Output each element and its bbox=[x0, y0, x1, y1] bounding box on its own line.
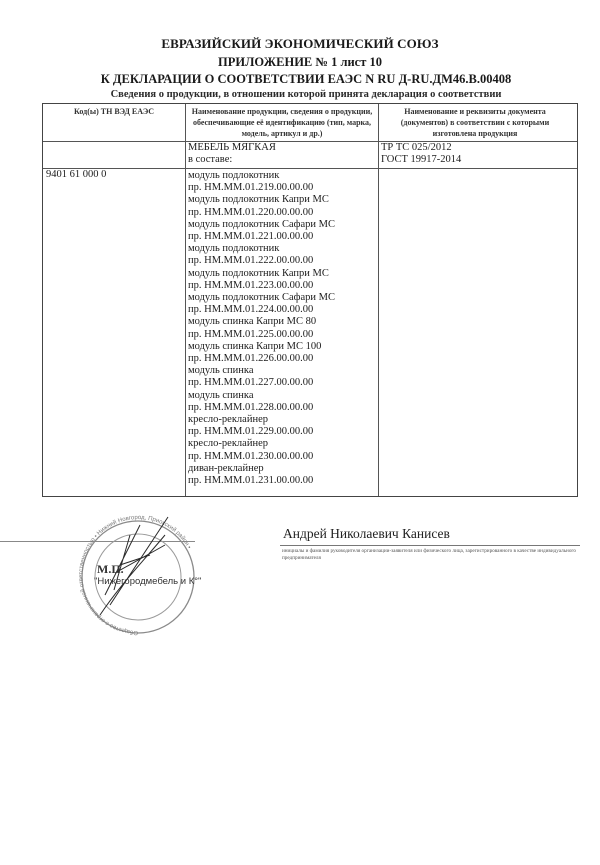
cell-line: модуль спинка Капри МС 100 bbox=[188, 341, 376, 353]
declaration-title: К ДЕКЛАРАЦИИ О СООТВЕТСТВИИ ЕАЭС N RU Д-… bbox=[6, 72, 600, 87]
product-cell: модуль подлокотникпр. НМ.ММ.01.219.00.00… bbox=[188, 170, 376, 487]
cell-line: модуль спинка Капри МС 80 bbox=[188, 316, 376, 328]
cell-line: пр. НМ.ММ.01.231.00.00.00 bbox=[188, 475, 376, 487]
product-table: Код(ы) ТН ВЭД ЕАЭС Наименование продукци… bbox=[42, 103, 578, 497]
cell-line: пр. НМ.ММ.01.225.00.00.00 bbox=[188, 329, 376, 341]
column-header-documents: Наименование и реквизиты документа (доку… bbox=[395, 104, 555, 139]
cell-line: модуль спинка bbox=[188, 365, 376, 377]
cell-line: диван-реклайнер bbox=[188, 463, 376, 475]
product-cell: МЕБЕЛЬ МЯГКАЯв составе: bbox=[188, 142, 376, 166]
column-divider bbox=[185, 104, 186, 496]
stamp-mp: М.П. bbox=[97, 562, 124, 577]
cell-line: кресло-реклайнер bbox=[188, 438, 376, 450]
documents-cell: ТР ТС 025/2012ГОСТ 19917-2014 bbox=[381, 142, 571, 166]
signer-name: Андрей Николаевич Канисев bbox=[283, 526, 450, 542]
cell-line: пр. НМ.ММ.01.224.00.00.00 bbox=[188, 304, 376, 316]
cell-line: модуль подлокотник Сафари МС bbox=[188, 219, 376, 231]
tnved-code: 9401 61 000 0 bbox=[46, 169, 184, 181]
cell-line: пр. НМ.ММ.01.221.00.00.00 bbox=[188, 231, 376, 243]
cell-line: пр. НМ.ММ.01.222.00.00.00 bbox=[188, 255, 376, 267]
cell-line: МЕБЕЛЬ МЯГКАЯ bbox=[188, 142, 376, 154]
cell-line: пр. НМ.ММ.01.227.00.00.00 bbox=[188, 377, 376, 389]
cell-line: пр. НМ.ММ.01.223.00.00.00 bbox=[188, 280, 376, 292]
cell-line: в составе: bbox=[188, 154, 376, 166]
cell-line: пр. НМ.ММ.01.220.00.00.00 bbox=[188, 207, 376, 219]
cell-line: модуль подлокотник bbox=[188, 170, 376, 182]
appendix-title: ПРИЛОЖЕНИЕ № 1 лист 10 bbox=[0, 55, 600, 70]
union-title: ЕВРАЗИЙСКИЙ ЭКОНОМИЧЕСКИЙ СОЮЗ bbox=[0, 36, 600, 52]
cell-line: модуль подлокотник bbox=[188, 243, 376, 255]
cell-line: пр. НМ.ММ.01.219.00.00.00 bbox=[188, 182, 376, 194]
cell-line: модуль спинка bbox=[188, 390, 376, 402]
signature-line bbox=[280, 545, 580, 546]
company-stamp: Общество с ограниченной ответственностью… bbox=[70, 495, 230, 655]
cell-line: модуль подлокотник Капри МС bbox=[188, 194, 376, 206]
signature-caption: инициалы и фамилия руководителя организа… bbox=[282, 548, 582, 562]
cell-line: ГОСТ 19917-2014 bbox=[381, 154, 571, 166]
cell-line: ТР ТС 025/2012 bbox=[381, 142, 571, 154]
stamp-company: "Нижегородмебель и К°" bbox=[94, 576, 201, 587]
cell-line: пр. НМ.ММ.01.226.00.00.00 bbox=[188, 353, 376, 365]
cell-line: модуль подлокотник Сафари МС bbox=[188, 292, 376, 304]
cell-line: кресло-реклайнер bbox=[188, 414, 376, 426]
column-header-code: Код(ы) ТН ВЭД ЕАЭС bbox=[43, 104, 185, 117]
column-divider bbox=[378, 104, 379, 496]
cell-line: пр. НМ.ММ.01.229.00.00.00 bbox=[188, 426, 376, 438]
cell-line: модуль подлокотник Капри МС bbox=[188, 268, 376, 280]
subtitle: Сведения о продукции, в отношении которо… bbox=[6, 89, 600, 100]
cell-line: пр. НМ.ММ.01.230.00.00.00 bbox=[188, 451, 376, 463]
cell-line: пр. НМ.ММ.01.228.00.00.00 bbox=[188, 402, 376, 414]
column-header-product: Наименование продукции, сведения о проду… bbox=[186, 104, 378, 139]
